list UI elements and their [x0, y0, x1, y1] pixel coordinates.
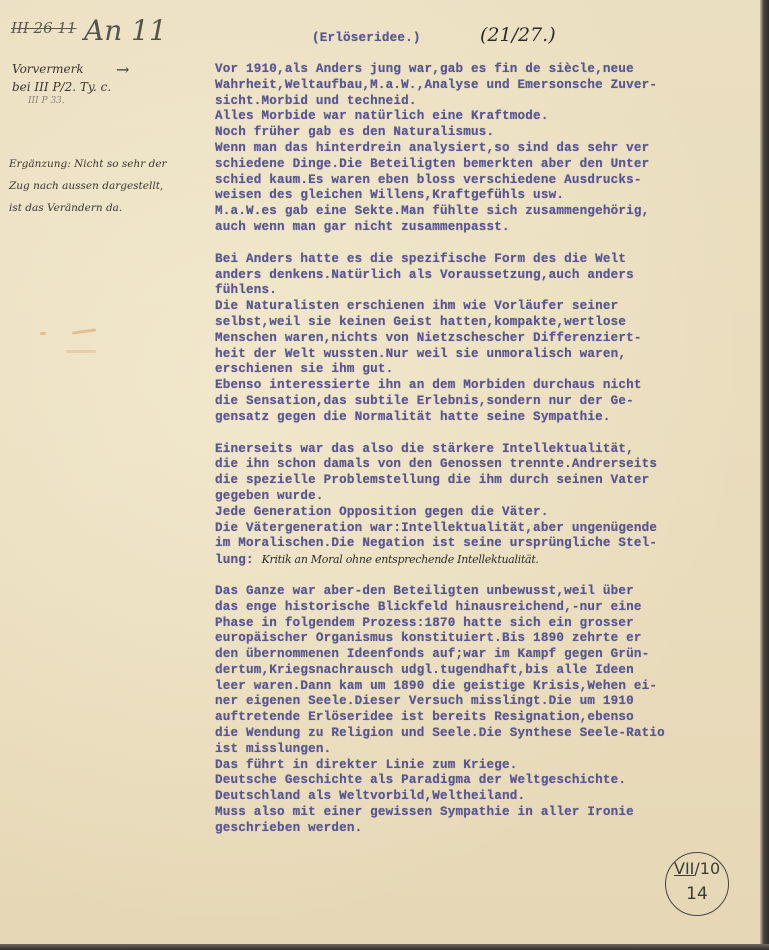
text-line: anders denkens.Natürlich als Voraussetzu…	[215, 268, 769, 284]
paragraph: Bei Anders hatte es die spezifische Form…	[215, 252, 769, 426]
stamp-number: 14	[666, 884, 728, 904]
scan-edge-bottom	[0, 944, 769, 950]
text-line: schied kaum.Es waren eben bloss verschie…	[215, 173, 769, 189]
text-line: lung: Kritik an Moral ohne entsprechende…	[215, 552, 769, 568]
scan-edge-right	[760, 0, 769, 950]
text-line: ner eigenen Seele.Dieser Versuch misslin…	[215, 694, 769, 710]
text-line: Die Naturalisten erschienen ihm wie Vorl…	[215, 299, 769, 315]
text-line: Jede Generation Opposition gegen die Vät…	[215, 505, 769, 521]
handwritten-page-number: (21/27.)	[480, 24, 556, 46]
text-line: den übernommenen Ideenfonds auf;war im K…	[215, 647, 769, 663]
text-line: heit der Welt wussten.Nur weil sie unmor…	[215, 347, 769, 363]
document-page: III 26 11 An 11 Vorvermerk → bei III P/2…	[0, 0, 762, 944]
text-line: Das Ganze war aber-den Beteiligten unbew…	[215, 584, 769, 600]
text-line: ist misslungen.	[215, 742, 769, 758]
paragraph: Einerseits war das also die stärkere Int…	[215, 442, 769, 568]
typed-fragment: lung:	[215, 553, 254, 567]
handwritten-insertion: Kritik an Moral ohne entsprechende Intel…	[262, 553, 539, 566]
text-line: leer waren.Dann kam um 1890 die geistige…	[215, 679, 769, 695]
text-line: Phase in folgendem Prozess:1870 hatte si…	[215, 616, 769, 632]
text-line: im Moralischen.Die Negation ist seine ur…	[215, 536, 769, 552]
stamp-fraction: /10	[694, 859, 720, 878]
text-line: Vor 1910,als Anders jung war,gab es fin …	[215, 62, 769, 78]
side-note-line: Ergänzung: Nicht so sehr der	[9, 158, 167, 170]
text-line: europäischer Organismus konstituiert.Bis…	[215, 631, 769, 647]
text-line: Noch früher gab es den Naturalismus.	[215, 125, 769, 141]
text-line: weisen des gleichen Willens,Kraftgefühls…	[215, 188, 769, 204]
text-line: Ebenso interessierte ihn an dem Morbiden…	[215, 378, 769, 394]
paragraph: Vor 1910,als Anders jung war,gab es fin …	[215, 62, 769, 236]
text-line: Die Vätergeneration war:Intellektualität…	[215, 521, 769, 537]
text-line: geschrieben werden.	[215, 821, 769, 837]
text-line: auftretende Erlöseridee ist bereits Resi…	[215, 710, 769, 726]
text-line: gegeben wurde.	[215, 489, 769, 505]
text-line: dertum,Kriegsnachrausch udgl.tugendhaft,…	[215, 663, 769, 679]
document-title: (Erlöseridee.)	[312, 31, 421, 45]
text-line: Wahrheit,Weltaufbau,M.a.W.,Analyse und E…	[215, 78, 769, 94]
pencil-mark	[72, 328, 96, 334]
side-note-line: Zug nach aussen dargestellt,	[9, 180, 163, 192]
margin-note-line: III P 33.	[28, 96, 65, 106]
text-line: die spezielle Problemstellung die ihm du…	[215, 473, 769, 489]
text-line: M.a.W.es gab eine Sekte.Man fühlte sich …	[215, 204, 769, 220]
margin-note-line: Vorvermerk	[12, 62, 84, 76]
archive-mark: An 11	[84, 14, 167, 47]
margin-note-line: bei III P/2. Ty. c.	[12, 80, 111, 94]
text-line: auch wenn man gar nicht zusammenpasst.	[215, 220, 769, 236]
text-line: Muss also mit einer gewissen Sympathie i…	[215, 805, 769, 821]
text-line: fühlens.	[215, 283, 769, 299]
text-line: Deutschland als Weltvorbild,Weltheiland.	[215, 789, 769, 805]
struck-signature: III 26 11	[11, 19, 77, 37]
text-line: schiedene Dinge.Die Beteiligten bemerkte…	[215, 157, 769, 173]
text-line: selbst,weil sie keinen Geist hatten,komp…	[215, 315, 769, 331]
typed-body: Vor 1910,als Anders jung war,gab es fin …	[215, 62, 769, 853]
text-line: Bei Anders hatte es die spezifische Form…	[215, 252, 769, 268]
text-line: die Wendung zu Religion und Seele.Die Sy…	[215, 726, 769, 742]
text-line: die ihn schon damals von den Genossen tr…	[215, 457, 769, 473]
arrow-icon: →	[116, 60, 129, 79]
paragraph: Das Ganze war aber-den Beteiligten unbew…	[215, 584, 769, 837]
text-line: Einerseits war das also die stärkere Int…	[215, 442, 769, 458]
text-line: Menschen waren,nichts von Nietzschescher…	[215, 331, 769, 347]
pencil-mark	[66, 350, 96, 353]
text-line: sicht.Morbid und techneid.	[215, 94, 769, 110]
text-line: gensatz gegen die Normalität hatte seine…	[215, 410, 769, 426]
stamp-top: VII/10	[674, 859, 720, 878]
side-note-line: ist das Verändern da.	[9, 202, 122, 214]
archive-stamp: VII/10 14	[665, 852, 729, 916]
text-line: die Sensation,das subtile Erlebnis,sonde…	[215, 394, 769, 410]
text-line: Deutsche Geschichte als Paradigma der We…	[215, 773, 769, 789]
text-line: das enge historische Blickfeld hinausrei…	[215, 600, 769, 616]
text-line: Wenn man das hinterdrein analysiert,so s…	[215, 141, 769, 157]
text-line: erschienen sie ihm gut.	[215, 362, 769, 378]
text-line: Das führt in direkter Linie zum Kriege.	[215, 758, 769, 774]
pencil-mark	[40, 332, 46, 335]
text-line: Alles Morbide war natürlich eine Kraftmo…	[215, 109, 769, 125]
stamp-roman: VII	[674, 859, 694, 878]
